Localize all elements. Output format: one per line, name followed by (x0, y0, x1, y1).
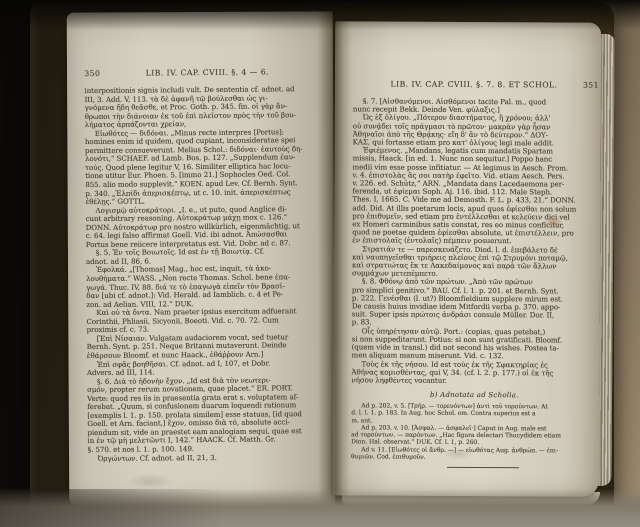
left-page-text: 350 LIB. IV. CAP. CVIII. §. 4 — 6. inter… (84, 67, 329, 463)
text-line: d. l. I. 1. p. 183. In Aug. hoc Schol. o… (351, 410, 597, 419)
left-running-header: 350 LIB. IV. CAP. CVIII. §. 4 — 6. (84, 67, 326, 78)
left-page-lines: interpositionis signis includi vult. De … (84, 85, 329, 463)
scholia-lines: Ad p. 202, v. 5. [Τρήρ. — τορευόντων] ἀν… (351, 402, 597, 461)
text-line: θυμιῶν. Cod. ἐπιθυμοῦν. (351, 453, 597, 462)
scholia-section-heading: b) Adnotata ad Scholia. (351, 390, 597, 399)
right-page-lines: §. 7. [Αἰσθανόμενοι. Αἰσθόμενοι tacite P… (351, 97, 598, 385)
text-line: νήσου ληφθέντες vocantur. (351, 376, 597, 385)
book-photograph: 350 LIB. IV. CAP. CVIII. §. 4 — 6. inter… (0, 0, 640, 527)
right-running-header: LIB. IV. CAP. CVIII. §. 7. 8. ET SCHOL. … (353, 79, 599, 89)
left-header-title: LIB. IV. CAP. CVIII. §. 4 — 6. (110, 67, 304, 78)
right-page-number: 351 (573, 81, 599, 90)
table-surface (0, 489, 640, 527)
background-shadow-top (0, 0, 640, 30)
right-page-text: LIB. IV. CAP. CVIII. §. 7. 8. ET SCHOL. … (351, 79, 599, 468)
right-header-title: LIB. IV. CAP. CVIII. §. 7. 8. ET SCHOL. (375, 79, 573, 89)
left-page-number: 350 (84, 69, 110, 78)
